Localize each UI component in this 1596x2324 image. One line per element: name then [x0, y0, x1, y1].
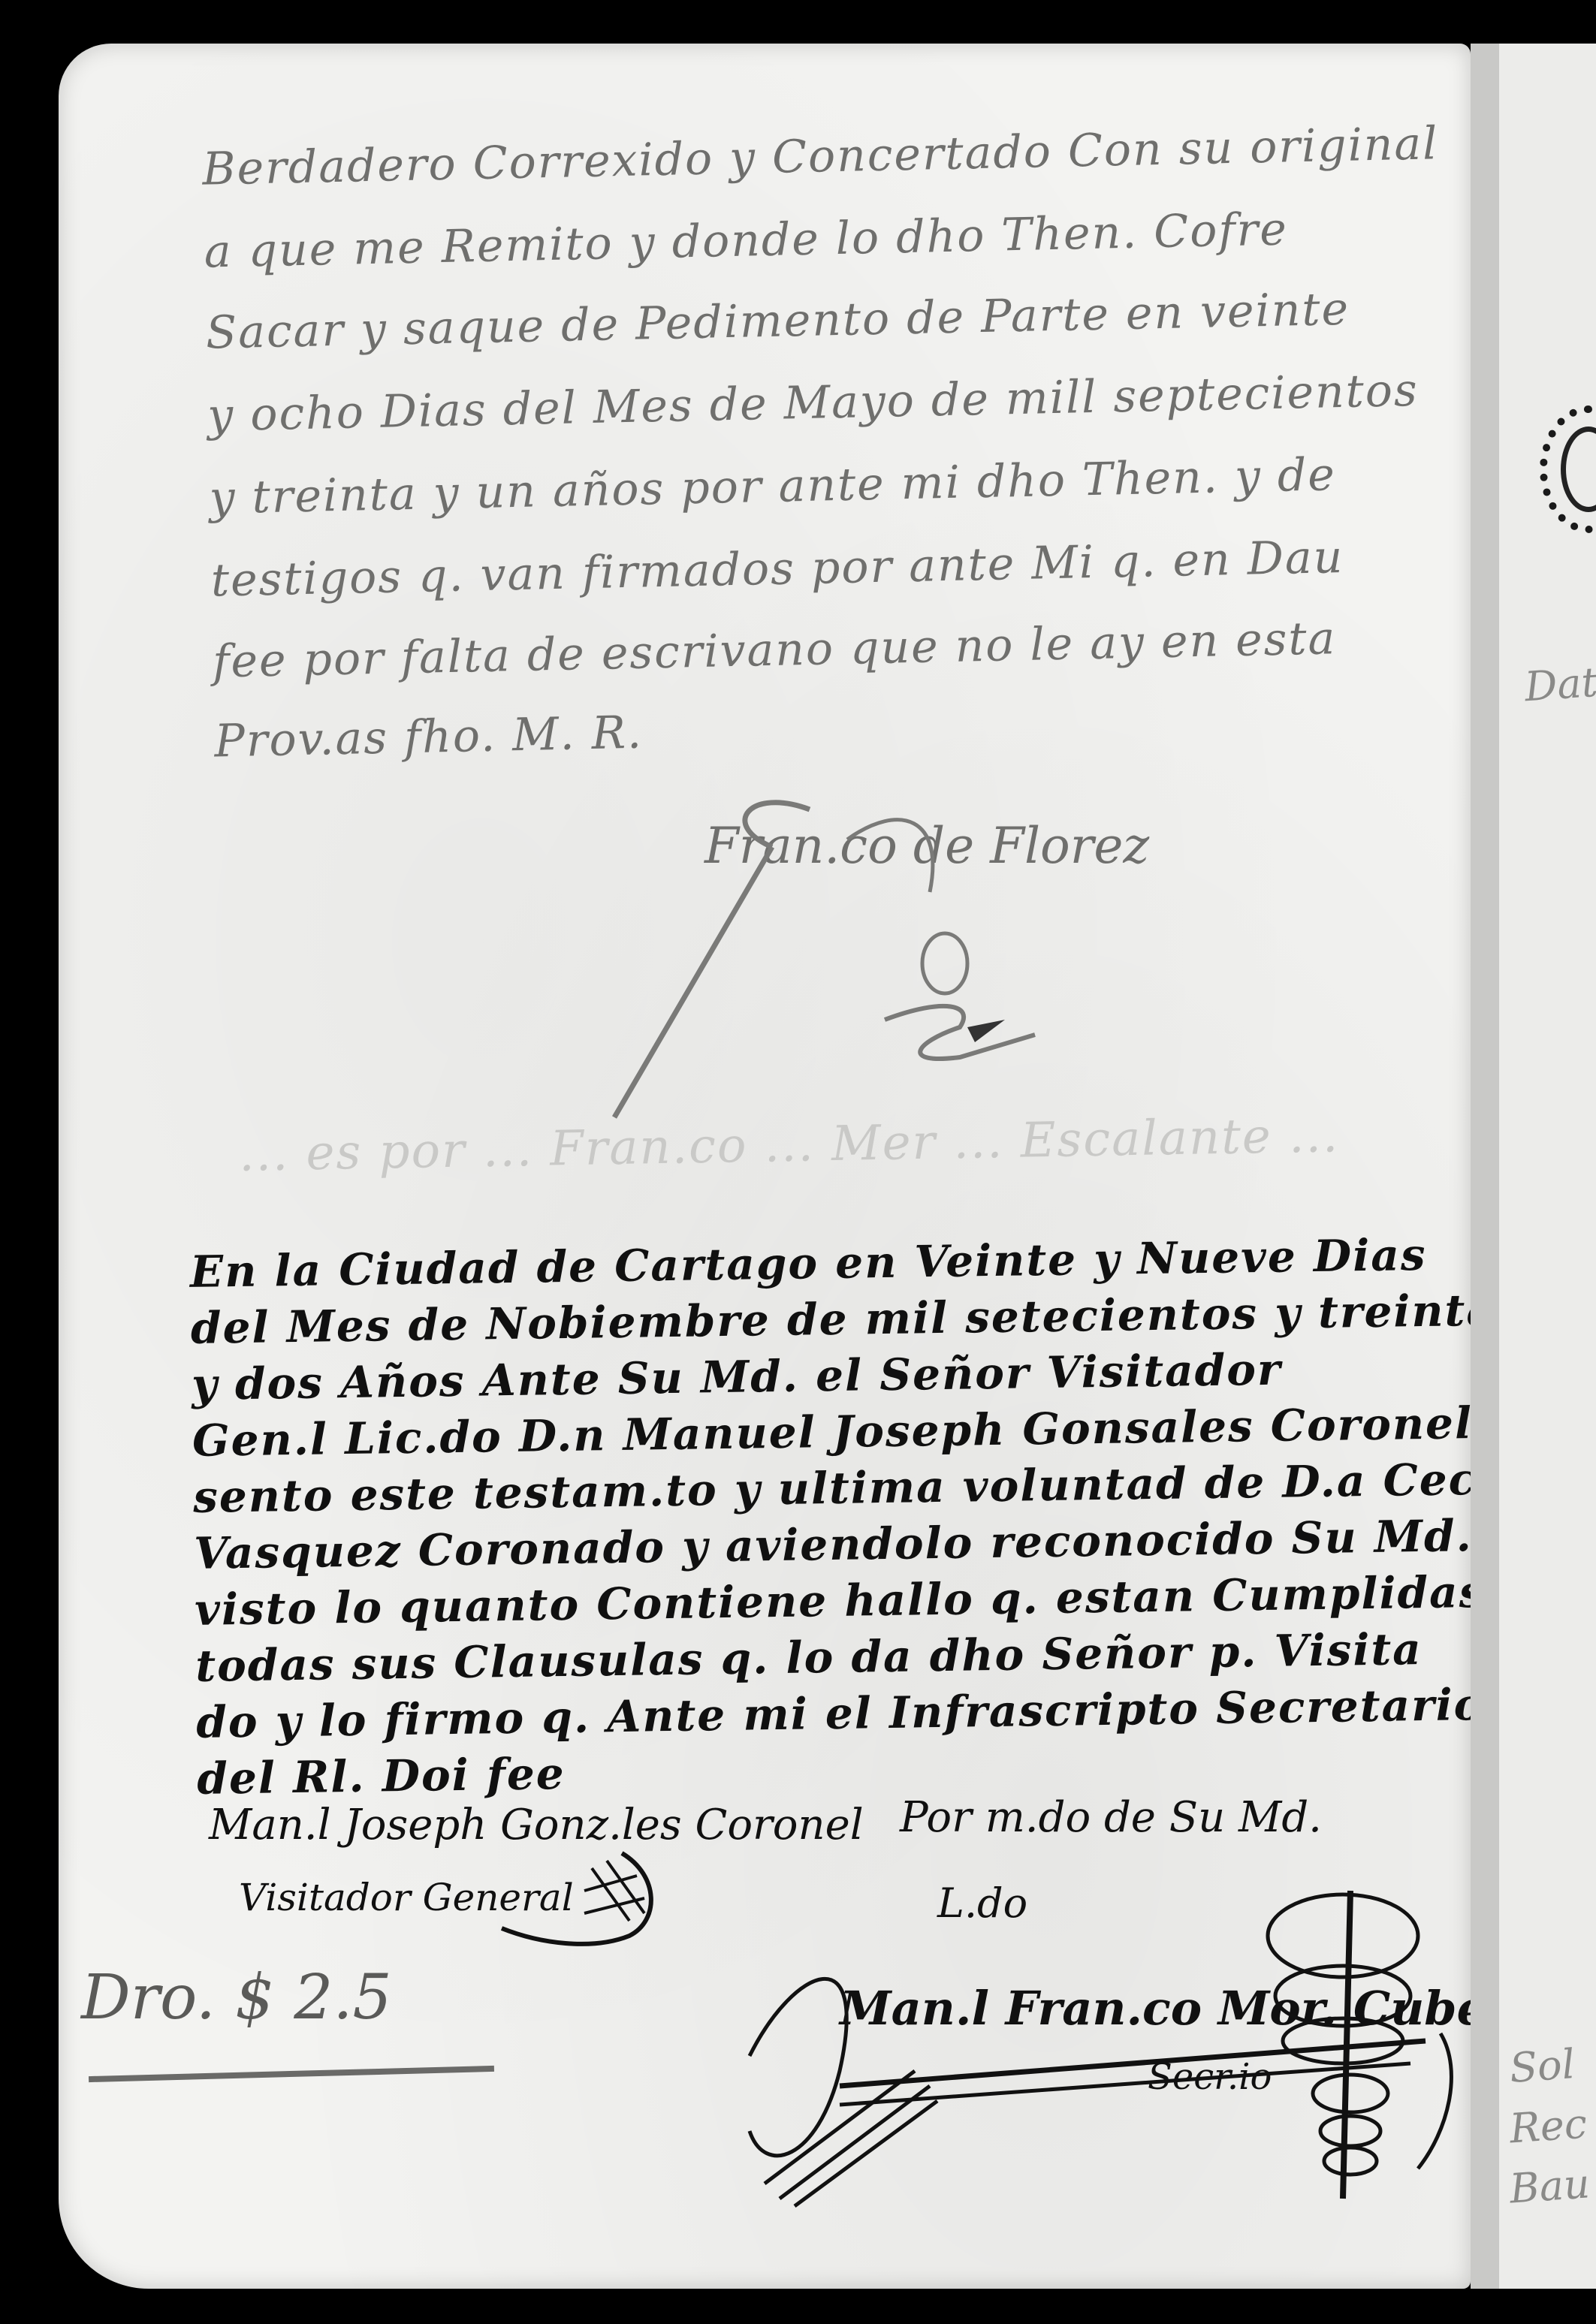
upper-line-5: y treinta y un años por ante mi dho Then…	[209, 448, 1337, 524]
upper-line-4: y ocho Dias del Mes de Mayo de mill sept…	[207, 364, 1420, 442]
secretario-rubric-icon	[720, 1846, 1471, 2206]
visitador-rubric-icon	[479, 1846, 704, 1958]
upper-passage: Berdadero Correxido y Concertado Con su …	[202, 117, 1471, 819]
upper-line-1: Berdadero Correxido y Concertado Con su …	[202, 117, 1439, 195]
lower-line-9: do y lo firmo q. Ante mi el Infrascripto…	[196, 1679, 1471, 1748]
manuscript-page: Berdadero Correxido y Concertado Con su …	[59, 44, 1471, 2289]
lower-line-10: del Rl. Doi fee	[197, 1748, 566, 1804]
upper-line-6: testigos q. van firmados por ante Mi q. …	[210, 531, 1344, 607]
secretario-header: Por m.do de Su Md.	[900, 1793, 1322, 1842]
margin-note-fee: Dro. $ 2.5	[81, 1962, 392, 2033]
adjacent-leaf-edge	[1471, 44, 1596, 2289]
right-leaf-note-4: Bau	[1508, 2160, 1591, 2212]
upper-line-3: Sacar y saque de Pedimento de Parte en v…	[205, 283, 1350, 360]
upper-line-2: a que me Remito y donde lo dho Then. Cof…	[204, 203, 1288, 278]
lower-passage: En la Ciudad de Cartago en Veinte y Nuev…	[189, 1228, 1471, 1847]
lower-line-1: En la Ciudad de Cartago en Veinte y Nuev…	[189, 1229, 1426, 1298]
bleed-through-text: ... es por ... Fran.co ... Mer ... Escal…	[238, 1108, 1339, 1183]
upper-line-8: Prov.as fho. M. R.	[214, 707, 644, 768]
right-leaf-note-3: Rec	[1508, 2099, 1588, 2152]
visitador-signature: Man.l Joseph Gonz.les Coronel	[209, 1801, 864, 1849]
lower-line-3: y dos Años Ante Su Md. el Señor Visitado…	[192, 1344, 1282, 1410]
upper-line-7: fee por falta de escrivano que no le ay …	[212, 612, 1336, 688]
lower-line-8: todas sus Clausulas q. lo da dho Señor p…	[195, 1623, 1423, 1692]
right-leaf-note-2: Sol	[1508, 2040, 1576, 2092]
margin-note-underline	[89, 2066, 494, 2082]
right-leaf-note-1: Dat	[1523, 659, 1596, 711]
